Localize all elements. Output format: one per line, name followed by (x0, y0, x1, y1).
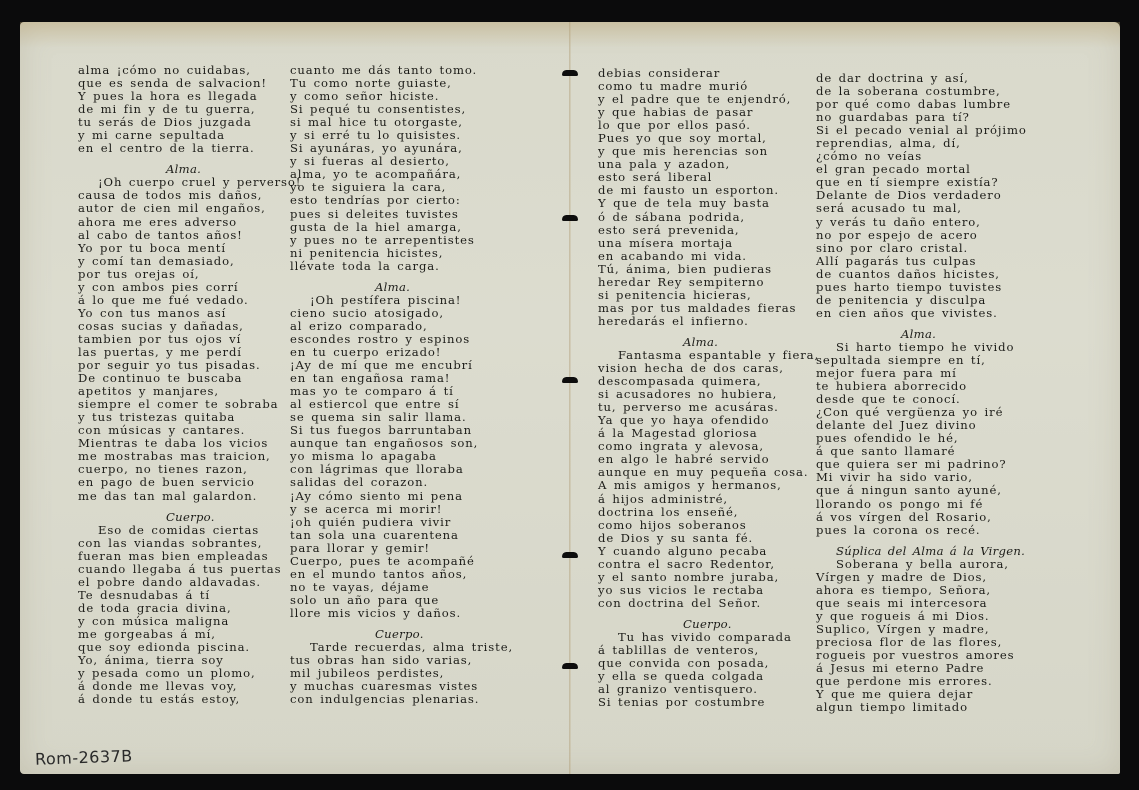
verse-line: heredar Rey sempiterno (598, 276, 819, 289)
verse-line: A mis amigos y hermanos, (598, 479, 819, 492)
stitch-hole (562, 663, 578, 669)
verse-line: me das tan mal galardon. (78, 490, 301, 503)
verse-line: con las viandas sobrantes, (78, 537, 301, 550)
speaker-heading: Cuerpo. (78, 511, 301, 524)
verse-line: á hijos administré, (598, 493, 819, 506)
speaker-heading: Alma. (290, 281, 513, 294)
verse-line: esto tendrías por cierto: (290, 194, 513, 207)
verse-line: de cuantos daños hicistes, (816, 268, 1027, 281)
verse-line: salidas del corazon. (290, 476, 513, 489)
verse-line: será acusado tu mal, (816, 202, 1027, 215)
verse-line: Y que de tela muy basta (598, 197, 819, 210)
verse-line: llore mis vicios y daños. (290, 607, 513, 620)
verse-line: al erizo comparado, (290, 320, 513, 333)
stitch-hole (562, 215, 578, 221)
verse-line: ó de sábana podrida, (598, 211, 819, 224)
verse-line: Si tenias por costumbre (598, 696, 819, 709)
verse-line: á donde tu estás estoy, (78, 693, 301, 706)
verse-line: llorando os pongo mi fé (816, 498, 1027, 511)
speaker-heading: Cuerpo. (598, 618, 819, 631)
verse-line: fueran mas bien empleadas (78, 550, 301, 563)
verse-line: ni penitencia hicistes, (290, 247, 513, 260)
verse-line: sino por claro cristal. (816, 242, 1027, 255)
stitch-hole (562, 70, 578, 76)
verse-line: ¡Oh pestífera piscina! (290, 294, 513, 307)
verse-line: cieno sucio atosigado, (290, 307, 513, 320)
verse-line: yo sus vicios le rectaba (598, 584, 819, 597)
verse-line: el pobre dando aldavadas. (78, 576, 301, 589)
verse-line: ahora me eres adverso (78, 216, 301, 229)
verse-line: á lo que me fué vedado. (78, 294, 301, 307)
verse-line: Vírgen y madre de Dios, (816, 571, 1027, 584)
verse-line: en acabando mi vida. (598, 250, 819, 263)
verse-line: á vos vírgen del Rosario, (816, 511, 1027, 524)
stitch-hole (562, 552, 578, 558)
verse-line: al cabo de tantos años! (78, 229, 301, 242)
verse-line: pues harto tiempo tuvistes (816, 281, 1027, 294)
scanned-sheet: alma ¡cómo no cuidabas,que es senda de s… (20, 22, 1120, 774)
verse-line: en el centro de la tierra. (78, 142, 301, 155)
center-fold (569, 22, 571, 774)
verse-line: llévate toda la carga. (290, 260, 513, 273)
verse-line: no por espejo de acero (816, 229, 1027, 242)
verse-line: cosas sucias y dañadas, (78, 320, 301, 333)
verse-line: en pago de buen servicio (78, 476, 301, 489)
verse-line: en el mundo tantos años, (290, 568, 513, 581)
verse-line: con doctrina del Señor. (598, 597, 819, 610)
verse-line: Yo por tu boca mentí (78, 242, 301, 255)
verse-line: si penitencia hicieras, (598, 289, 819, 302)
verse-line: y pues no te arrepentistes (290, 234, 513, 247)
verse-line: doctrina los enseñé, (598, 506, 819, 519)
right-page-column-1: debias considerarcomo tu madre murióy el… (598, 67, 819, 709)
left-page-column-1: alma ¡cómo no cuidabas,que es senda de s… (78, 64, 301, 706)
verse-line: por tus orejas oí, (78, 268, 301, 281)
verse-line: algun tiempo limitado (816, 701, 1027, 714)
speaker-heading: Alma. (816, 328, 1027, 341)
verse-line: cuando llegaba á tus puertas (78, 563, 301, 576)
verse-line: heredarás el infierno. (598, 315, 819, 328)
verse-line: Suplico, Vírgen y madre, (816, 623, 1027, 636)
verse-line: como hijos soberanos (598, 519, 819, 532)
stitch-hole (562, 377, 578, 383)
verse-line: que á ningun santo ayuné, (816, 484, 1027, 497)
verse-line: autor de cien mil engaños, (78, 202, 301, 215)
verse-line: ¡oh quién pudiera vivir (290, 516, 513, 529)
verse-line: de penitencia y disculpa (816, 294, 1027, 307)
verse-line: Cuerpo, pues te acompañé (290, 555, 513, 568)
verse-line: solo un año para que (290, 594, 513, 607)
verse-line: ¡Ay cómo siento mi pena (290, 490, 513, 503)
verse-line: Yo con tus manos así (78, 307, 301, 320)
verse-line: una mísera mortaja (598, 237, 819, 250)
verse-line: no te vayas, déjame (290, 581, 513, 594)
verse-line: que seais mi intercesora (816, 597, 1027, 610)
verse-line: gusta de la hiel amarga, (290, 221, 513, 234)
verse-line: y comí tan demasiado, (78, 255, 301, 268)
verse-line: Y cuando alguno pecaba (598, 545, 819, 558)
verse-line: y con ambos pies corrí (78, 281, 301, 294)
verse-line: esto será prevenida, (598, 224, 819, 237)
verse-line: Tú, ánima, bien pudieras (598, 263, 819, 276)
verse-line: y el santo nombre juraba, (598, 571, 819, 584)
verse-line: contra el sacro Redentor, (598, 558, 819, 571)
verse-line: y verás tu daño entero, (816, 216, 1027, 229)
verse-line: Te desnudabas á tí (78, 589, 301, 602)
verse-line: Allí pagarás tus culpas (816, 255, 1027, 268)
left-page-column-2: cuanto me dás tanto tomo.Tu como norte g… (290, 64, 513, 706)
verse-line: con indulgencias plenarias. (290, 693, 513, 706)
verse-line: Eso de comidas ciertas (78, 524, 301, 537)
verse-line: y que rogueis á mi Dios. (816, 610, 1027, 623)
verse-line: ahora es tiempo, Señora, (816, 584, 1027, 597)
verse-line: pues si deleites tuvistes (290, 208, 513, 221)
verse-line: de toda gracia divina, (78, 602, 301, 615)
verse-line: para llorar y gemir! (290, 542, 513, 555)
verse-line: tan sola una cuarentena (290, 529, 513, 542)
verse-line: pues la corona os recé. (816, 524, 1027, 537)
verse-line: en cien años que vivistes. (816, 307, 1027, 320)
verse-line: y se acerca mi morir! (290, 503, 513, 516)
verse-line: y con música maligna (78, 615, 301, 628)
verse-line: de Dios y su santa fé. (598, 532, 819, 545)
verse-line: mas por tus maldades fieras (598, 302, 819, 315)
catalog-mark: Rom-2637B (35, 746, 133, 768)
speaker-heading: Súplica del Alma á la Virgen. (816, 545, 1027, 558)
right-page-column-2: de dar doctrina y así,de la soberana cos… (816, 72, 1027, 714)
verse-line: Soberana y bella aurora, (816, 558, 1027, 571)
